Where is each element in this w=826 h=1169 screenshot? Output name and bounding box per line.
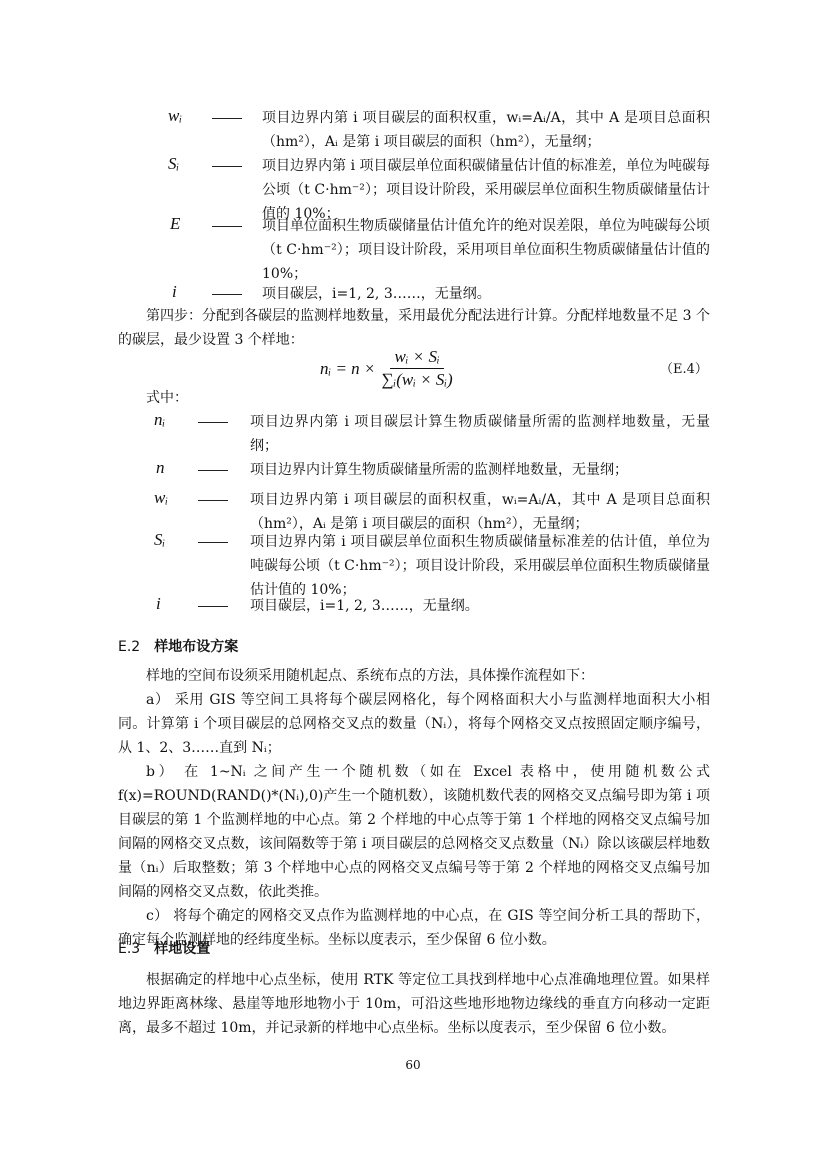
em-dash bbox=[198, 422, 228, 423]
document-page: wᵢ 项目边界内第 i 项目碳层的面积权重，wᵢ=Aᵢ/A，其中 A 是项目总面… bbox=[0, 0, 826, 1169]
section-number: E.3 bbox=[118, 941, 140, 957]
symbol-e: E bbox=[170, 214, 180, 234]
section-heading-e3: E.3样地设置 bbox=[118, 938, 210, 958]
formula-lhs: nᵢ = n × bbox=[320, 359, 375, 379]
em-dash bbox=[212, 118, 242, 119]
formula-e4: nᵢ = n × wᵢ × Sᵢ ∑ᵢ(wᵢ × Sᵢ) bbox=[320, 347, 453, 390]
definition-e: 项目单位面积生物质碳储量估计值允许的绝对误差限，单位为吨碳每公顷（t C·hm⁻… bbox=[262, 214, 710, 286]
symbol-w-i: wᵢ bbox=[168, 106, 182, 126]
section-title: 样地布设方案 bbox=[154, 639, 238, 655]
em-dash bbox=[198, 542, 228, 543]
step-four-paragraph: 第四步：分配到各碳层的监测样地数量，采用最优分配法进行计算。分配样地数量不足 3… bbox=[118, 304, 710, 352]
symbol-s-i: Sᵢ bbox=[154, 530, 165, 550]
section-title: 样地设置 bbox=[154, 941, 210, 957]
e2-item-a: a） 采用 GIS 等空间工具将每个碳层网格化，每个网格面积大小与监测样地面积大… bbox=[118, 688, 710, 760]
em-dash bbox=[212, 166, 242, 167]
e3-body: 根据确定的样地中心点坐标，使用 RTK 等定位工具找到样地中心点准确地理位置。如… bbox=[118, 968, 710, 1040]
em-dash bbox=[198, 606, 228, 607]
section-heading-e2: E.2样地布设方案 bbox=[118, 636, 238, 656]
e2-intro: 样地的空间布设须采用随机起点、系统布点的方法，具体操作流程如下： bbox=[118, 664, 710, 688]
formula-numerator: wᵢ × Sᵢ bbox=[390, 347, 443, 369]
section-number: E.2 bbox=[118, 639, 140, 655]
symbol-i: i bbox=[156, 594, 161, 614]
em-dash bbox=[212, 226, 242, 227]
symbol-s-i: Sᵢ bbox=[168, 154, 179, 174]
symbol-n: n bbox=[156, 458, 165, 478]
definition-i: 项目碳层，i=1, 2, 3……，无量纲。 bbox=[262, 282, 710, 306]
page-number: 60 bbox=[0, 1058, 826, 1072]
definition-n: 项目边界内计算生物质碳储量所需的监测样地数量，无量纲； bbox=[250, 458, 710, 482]
em-dash bbox=[212, 294, 242, 295]
symbol-w-i: wᵢ bbox=[154, 488, 168, 508]
symbol-n-i: nᵢ bbox=[154, 410, 165, 430]
em-dash bbox=[198, 500, 228, 501]
symbol-i: i bbox=[172, 282, 177, 302]
definition-i: 项目碳层，i=1, 2, 3……，无量纲。 bbox=[250, 594, 710, 618]
where-label: 式中： bbox=[118, 386, 710, 410]
definition-w-i: 项目边界内第 i 项目碳层的面积权重，wᵢ=Aᵢ/A，其中 A 是项目总面积（h… bbox=[250, 488, 710, 536]
formula-fraction: wᵢ × Sᵢ ∑ᵢ(wᵢ × Sᵢ) bbox=[381, 347, 452, 390]
definition-n-i: 项目边界内第 i 项目碳层计算生物质碳储量所需的监测样地数量，无量纲； bbox=[250, 410, 710, 458]
em-dash bbox=[198, 470, 228, 471]
e2-item-b: b） 在 1~Nᵢ 之间产生一个随机数（如在 Excel 表格中，使用随机数公式… bbox=[118, 760, 710, 904]
definition-s-i: 项目边界内第 i 项目碳层单位面积生物质碳储量标准差的估计值，单位为吨碳每公顷（… bbox=[250, 530, 710, 602]
equation-number: （E.4） bbox=[660, 358, 708, 377]
definition-w-i: 项目边界内第 i 项目碳层的面积权重，wᵢ=Aᵢ/A，其中 A 是项目总面积（h… bbox=[262, 106, 710, 154]
